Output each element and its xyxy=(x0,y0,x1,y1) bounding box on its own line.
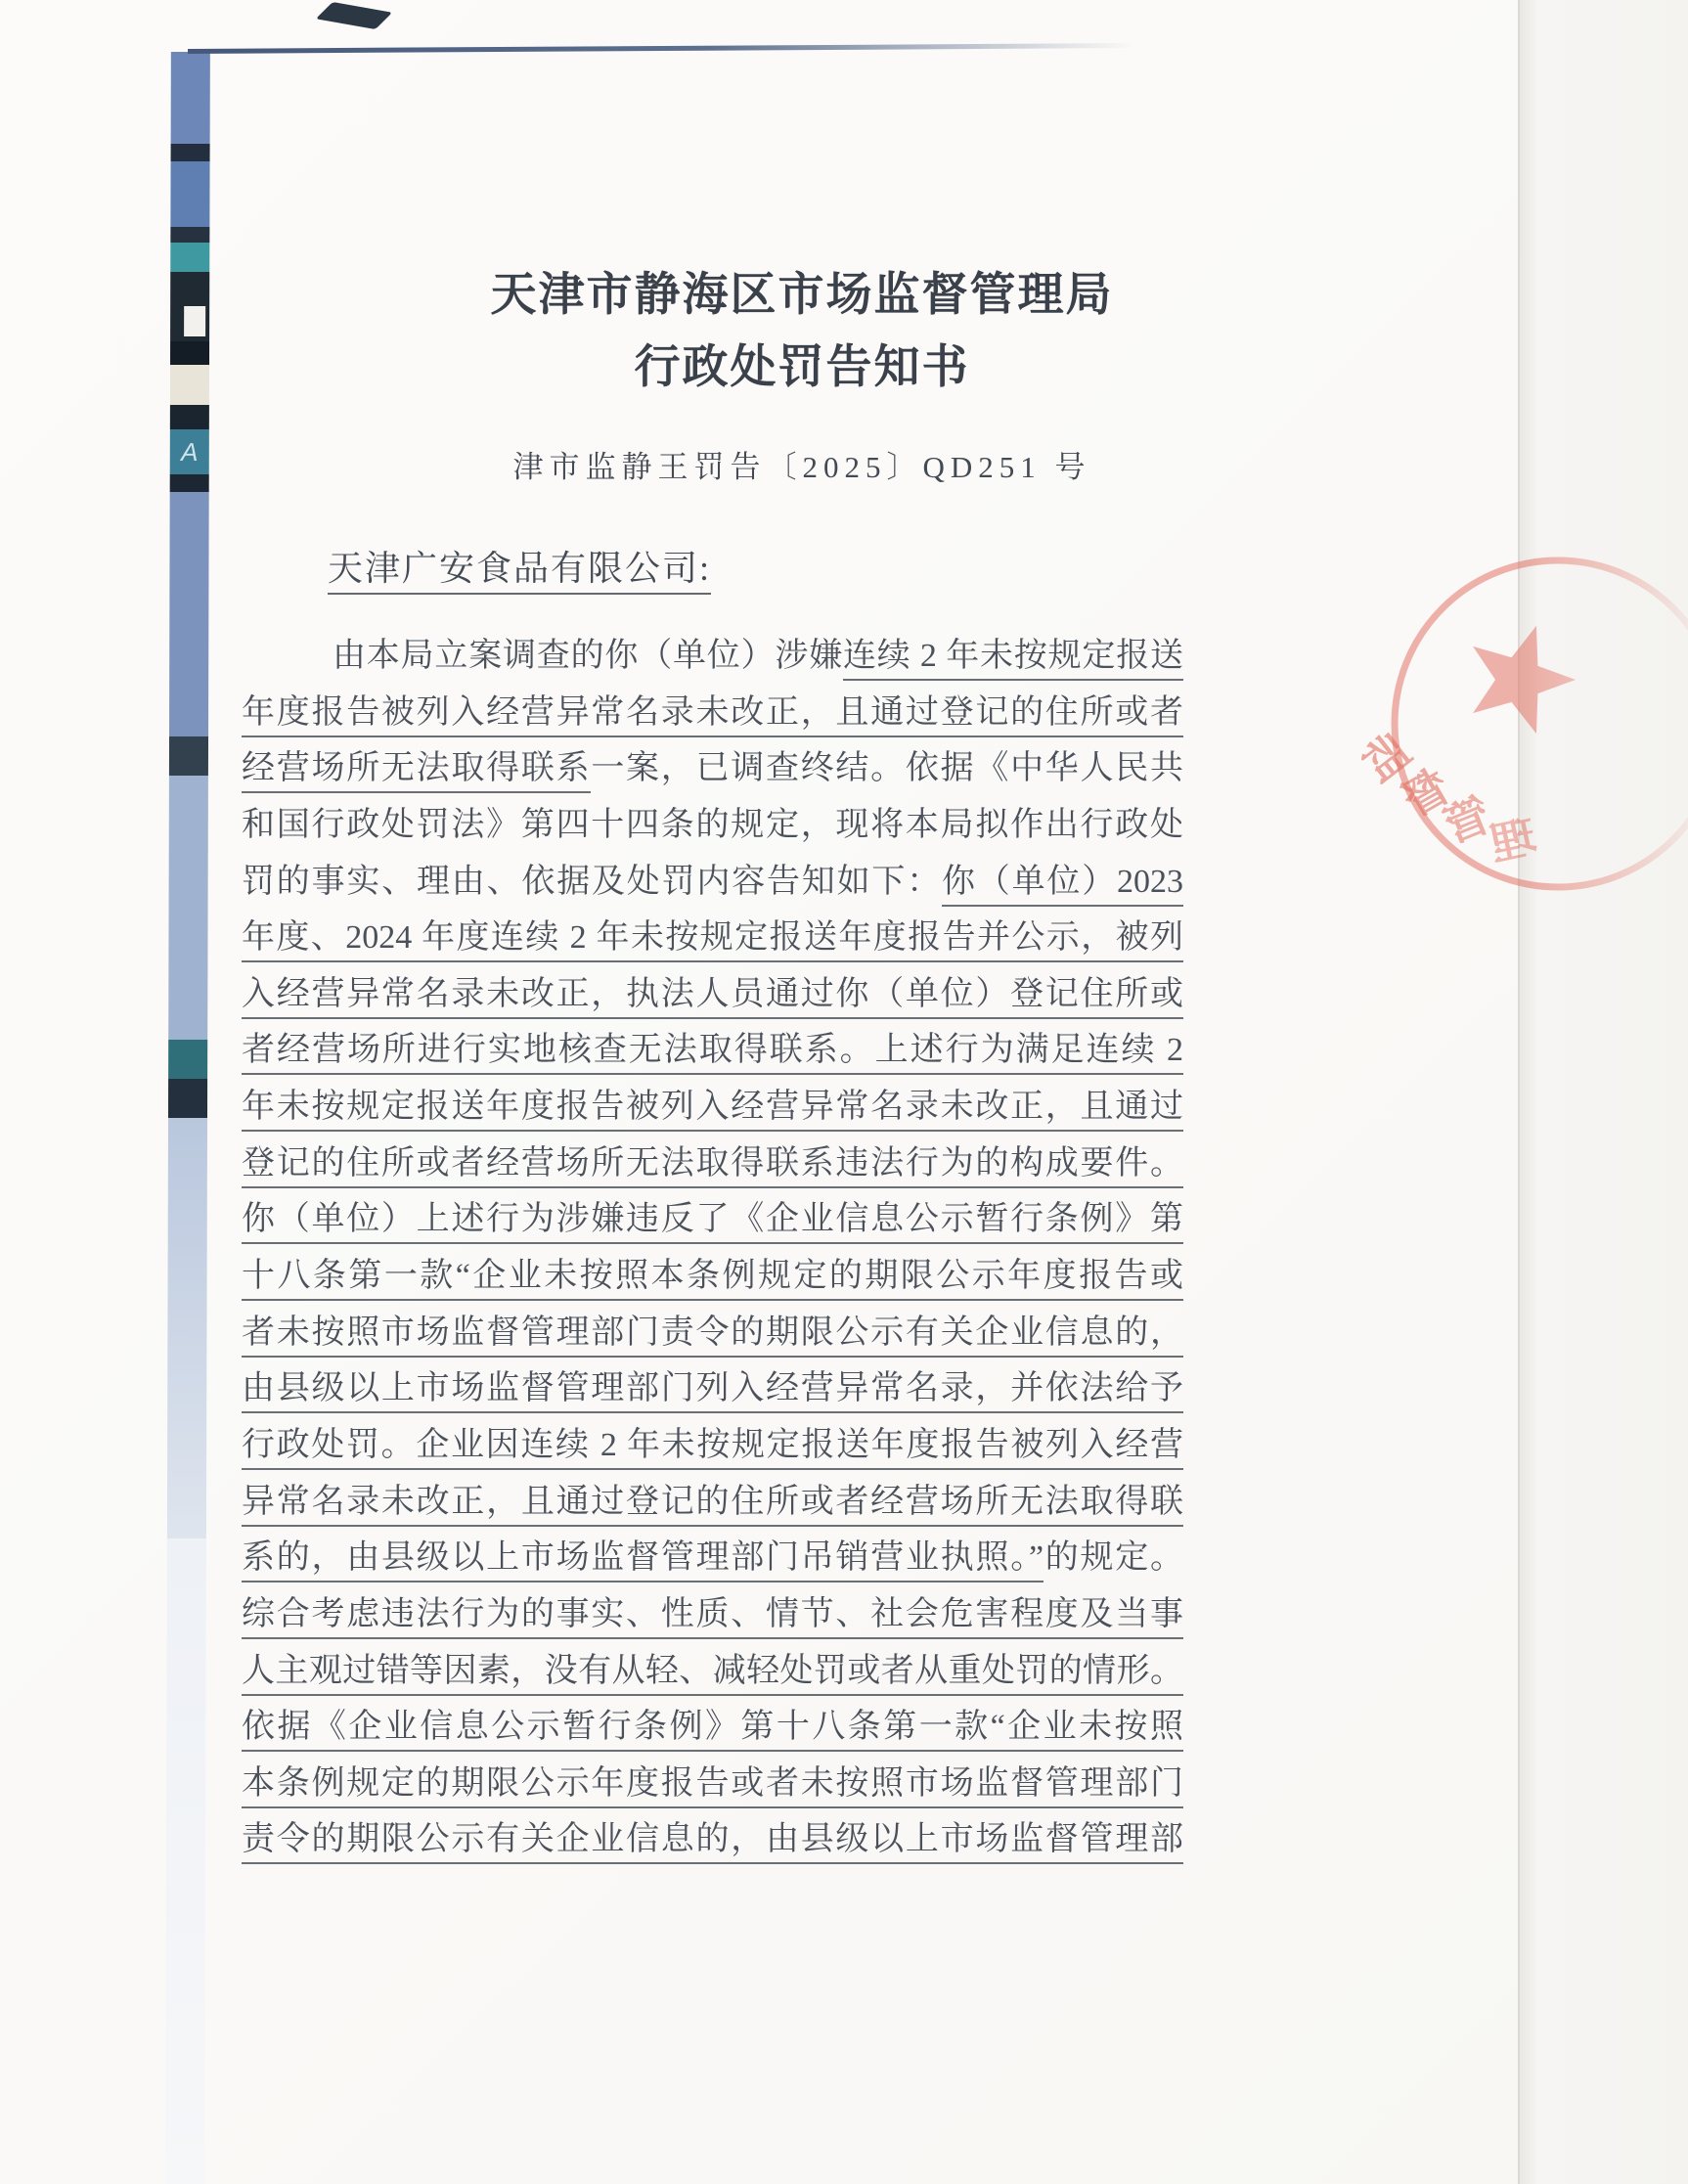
body-line: 系的，由县级以上市场监督管理部门吊销营业执照。”的规定。 xyxy=(242,1530,1183,1586)
edge-strip-segment xyxy=(171,144,210,161)
underlined-text: 你（单位）2023 xyxy=(942,864,1183,907)
document-title-line2: 行政处罚告知书 xyxy=(147,331,1457,396)
plain-text: 罚的事实、理由、依据及处罚内容告知如下： xyxy=(242,864,942,900)
underlined-text: 系的，由县级以上市场监督管理部门吊销营业执照。” xyxy=(242,1539,1044,1582)
page-fold-band xyxy=(1520,0,1688,2184)
document-body: 由本局立案调查的你（单位）涉嫌连续 2 年未按规定报送年度报告被列入经营异常名录… xyxy=(242,628,1183,1868)
underlined-text: 入经营异常名录未改正，执法人员通过你（单位）登记住所或 xyxy=(242,976,1183,1019)
plain-text: 的规定。 xyxy=(1044,1539,1183,1576)
edge-strip-segment xyxy=(168,1040,207,1079)
edge-strip-segment xyxy=(170,227,209,243)
underlined-text: 登记的住所或者经营场所无法取得联系违法行为的构成要件。 xyxy=(242,1145,1183,1188)
document-title-line1: 天津市静海区市场监督管理局 xyxy=(147,258,1457,324)
underlined-text: 者未按照市场监督管理部门责令的期限公示有关企业信息的， xyxy=(242,1315,1183,1358)
underlined-text: 异常名录未改正，且通过登记的住所或者经营场所无法取得联 xyxy=(242,1484,1183,1527)
plain-text: 和国行政处罚法》第四十四条的规定，现将本局拟作出行政处 xyxy=(242,807,1183,843)
body-line: 者未按照市场监督管理部门责令的期限公示有关企业信息的， xyxy=(242,1305,1183,1361)
edge-strip-segment xyxy=(167,1118,207,1538)
edge-strip-segment xyxy=(170,161,209,227)
underlined-text: 你（单位）上述行为涉嫌违反了《企业信息公示暂行条例》第 xyxy=(242,1201,1183,1244)
edge-strip-segment xyxy=(169,492,209,736)
underlined-text: 年度、2024 年度连续 2 年未按规定报送年度报告并公示，被列 xyxy=(242,919,1183,962)
underlined-text: 综合考虑违法行为的事实、性质、情节、社会危害程度及当事 xyxy=(242,1596,1183,1639)
body-line: 登记的住所或者经营场所无法取得联系违法行为的构成要件。 xyxy=(242,1136,1183,1192)
body-line: 年未按规定报送年度报告被列入经营异常名录未改正，且通过 xyxy=(242,1079,1183,1136)
body-line: 责令的期限公示有关企业信息的，由县级以上市场监督管理部 xyxy=(242,1811,1183,1868)
body-line: 综合考虑违法行为的事实、性质、情节、社会危害程度及当事 xyxy=(242,1586,1183,1643)
body-line: 本条例规定的期限公示年度报告或者未按照市场监督管理部门 xyxy=(242,1756,1183,1812)
body-line: 罚的事实、理由、依据及处罚内容告知如下：你（单位）2023 xyxy=(242,854,1183,911)
underlined-text: 年度报告被列入经营异常名录未改正，且通过登记的住所或者 xyxy=(242,694,1183,737)
body-line: 经营场所无法取得联系一案，已调查终结。依据《中华人民共 xyxy=(242,740,1183,797)
body-line: 十八条第一款“企业未按照本条例规定的期限公示年度报告或 xyxy=(242,1248,1183,1305)
body-line: 异常名录未改正，且通过登记的住所或者经营场所无法取得联 xyxy=(242,1474,1183,1531)
underlined-text: 者经营场所进行实地核查无法取得联系。上述行为满足连续 2 xyxy=(242,1032,1183,1075)
body-line: 年度报告被列入经营异常名录未改正，且通过登记的住所或者 xyxy=(242,685,1183,741)
official-seal-stamp: 监 督 管 理 xyxy=(1338,533,1688,954)
body-line: 行政处罚。企业因连续 2 年未按规定报送年度报告被列入经营 xyxy=(242,1417,1183,1474)
page-fold-line xyxy=(1518,0,1520,2184)
body-line: 由县级以上市场监督管理部门列入经营异常名录，并依法给予 xyxy=(242,1360,1183,1417)
underlined-text: 依据《企业信息公示暂行条例》第十八条第一款“企业未按照 xyxy=(242,1709,1183,1752)
underlined-text: 人主观过错等因素，没有从轻、减轻处罚或者从重处罚的情形。 xyxy=(242,1653,1183,1696)
underlined-text: 连续 2 年未按规定报送 xyxy=(843,638,1183,681)
document-number: 津市监静王罚告〔2025〕QD251 号 xyxy=(147,442,1457,486)
seal-glyph: 理 xyxy=(1486,812,1540,869)
underlined-text: 经营场所无法取得联系 xyxy=(242,750,591,793)
underlined-text: 年未按规定报送年度报告被列入经营异常名录未改正，且通过 xyxy=(242,1089,1183,1132)
addressee-line: 天津广安食品有限公司: xyxy=(328,541,711,591)
underlined-text: 行政处罚。企业因连续 2 年未按规定报送年度报告被列入经营 xyxy=(242,1427,1183,1470)
body-line: 依据《企业信息公示暂行条例》第十八条第一款“企业未按照 xyxy=(242,1699,1183,1756)
seal-star-icon xyxy=(1453,609,1587,740)
edge-strip-segment xyxy=(168,776,208,1040)
plain-text: 一案，已调查终结。依据《中华人民共 xyxy=(591,750,1183,786)
scanned-document-page: A 监 督 管 理 天津市静海 xyxy=(0,0,1688,2184)
edge-strip-segment xyxy=(171,52,210,144)
body-line: 你（单位）上述行为涉嫌违反了《企业信息公示暂行条例》第 xyxy=(242,1191,1183,1248)
body-line: 和国行政处罚法》第四十四条的规定，现将本局拟作出行政处 xyxy=(242,797,1183,854)
body-line: 年度、2024 年度连续 2 年未按规定报送年度报告并公示，被列 xyxy=(242,910,1183,966)
edge-strip-segment xyxy=(168,1079,207,1118)
edge-strip-segment xyxy=(169,736,208,776)
body-line: 入经营异常名录未改正，执法人员通过你（单位）登记住所或 xyxy=(242,966,1183,1023)
body-line: 人主观过错等因素，没有从轻、减轻处罚或者从重处罚的情形。 xyxy=(242,1643,1183,1700)
body-line: 者经营场所进行实地核查无法取得联系。上述行为满足连续 2 xyxy=(242,1022,1183,1079)
body-line: 由本局立案调查的你（单位）涉嫌连续 2 年未按规定报送 xyxy=(242,628,1183,685)
edge-strip-segment xyxy=(170,405,209,429)
underlined-text: 责令的期限公示有关企业信息的，由县级以上市场监督管理部 xyxy=(242,1821,1183,1864)
underlined-text: 由县级以上市场监督管理部门列入经营异常名录，并依法给予 xyxy=(242,1370,1183,1413)
plain-text: 由本局立案调查的你（单位）涉嫌 xyxy=(333,638,843,674)
edge-strip-segment xyxy=(165,1538,206,2184)
underlined-text: 本条例规定的期限公示年度报告或者未按照市场监督管理部门 xyxy=(242,1765,1183,1808)
addressee-name: 天津广安食品有限公司: xyxy=(328,549,711,595)
seal-circle xyxy=(1395,560,1688,887)
underlined-text: 十八条第一款“企业未按照本条例规定的期限公示年度报告或 xyxy=(242,1258,1183,1301)
